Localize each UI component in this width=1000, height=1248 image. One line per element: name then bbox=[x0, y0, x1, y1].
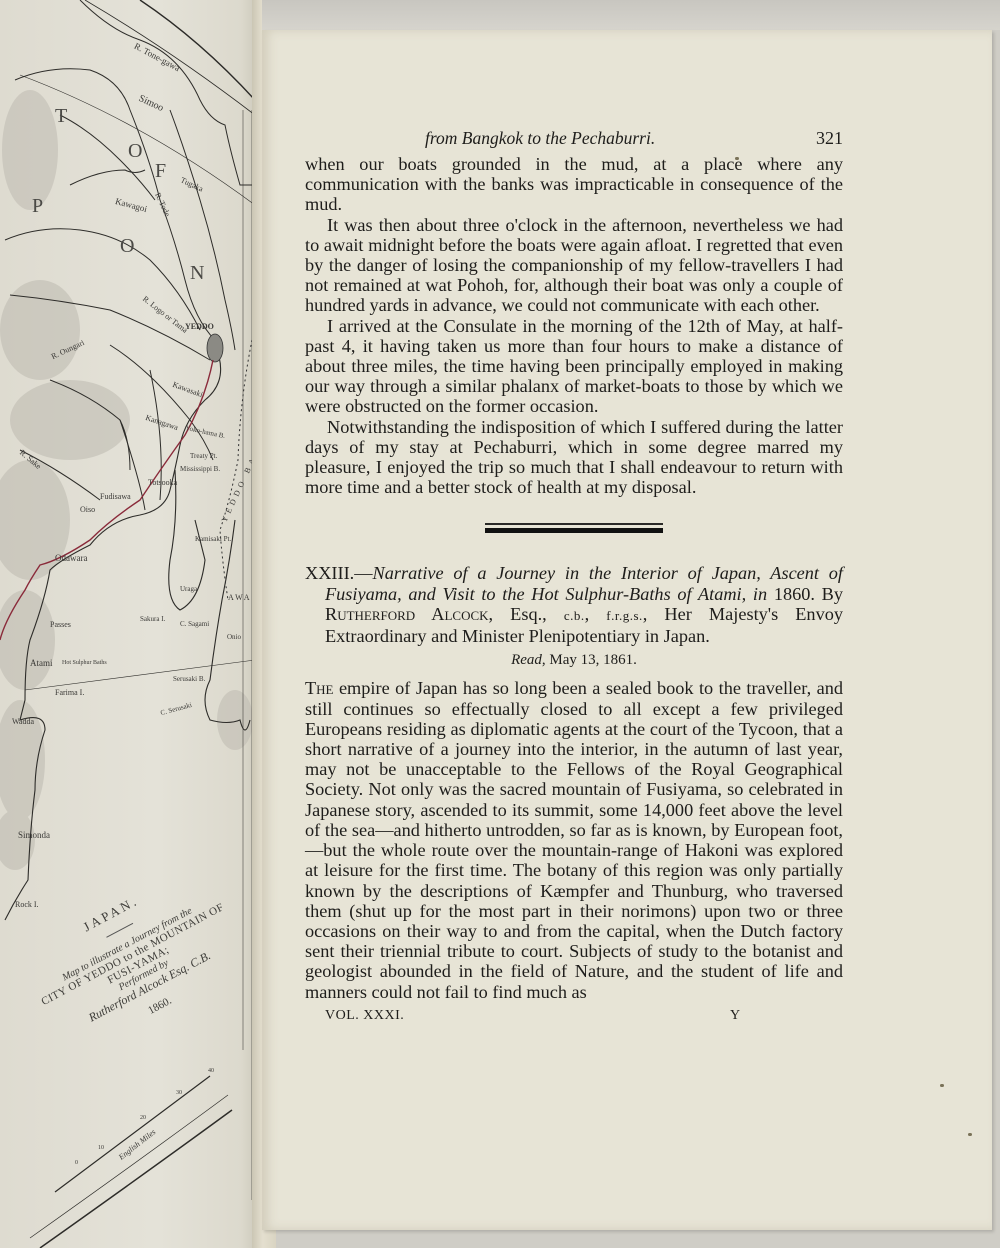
map-label-onio: Onio bbox=[227, 633, 241, 641]
page-content: from Bangkok to the Pechaburri. 321 when… bbox=[305, 124, 843, 1026]
read-date-value: , May 13, 1861. bbox=[542, 652, 637, 668]
map-label-farima: Farima I. bbox=[55, 688, 84, 697]
article-number: XXIII.— bbox=[305, 563, 373, 583]
province-letter: T bbox=[55, 105, 68, 128]
paragraph: It was then about three o'clock in the a… bbox=[305, 215, 843, 316]
article-heading: XXIII.—Narrative of a Journey in the Int… bbox=[305, 563, 843, 646]
scale-tick: 40 bbox=[208, 1068, 214, 1074]
scale-tick: 30 bbox=[176, 1090, 182, 1096]
map-label-oiso: Oiso bbox=[80, 505, 95, 514]
running-head: from Bangkok to the Pechaburri. 321 bbox=[305, 124, 843, 154]
paragraph: Notwithstanding the indisposition of whi… bbox=[305, 417, 843, 498]
map-label-mississippi: Mississippi B. bbox=[180, 465, 220, 473]
map-title-rule bbox=[106, 923, 133, 938]
author-esq: , Esq., bbox=[489, 604, 564, 624]
paragraph: I arrived at the Consulate in the mornin… bbox=[305, 316, 843, 417]
read-label: Read bbox=[511, 652, 542, 668]
map-label-kamisaki: Kamisaki Pt. bbox=[195, 535, 231, 543]
background-surface bbox=[262, 0, 1000, 30]
province-letter: N bbox=[190, 262, 205, 285]
map-label-totsooka: Totsooka bbox=[148, 478, 177, 487]
page-footer: VOL. XXXI. Y bbox=[305, 1004, 843, 1026]
map-label-hot-sulphur: Hot Sulphur Baths bbox=[62, 660, 107, 666]
map-label-treaty-pt: Treaty Pt. bbox=[190, 452, 217, 460]
yeddo-city-marker bbox=[207, 334, 223, 362]
map-label-passes: Passes bbox=[50, 620, 71, 629]
body-text: empire of Japan has so long been a seale… bbox=[305, 678, 843, 1001]
map-drawing bbox=[0, 0, 262, 1248]
article-year: 1860. By bbox=[767, 584, 843, 604]
signature-mark: Y bbox=[730, 1006, 741, 1026]
map-label-rock-i: Rock I. bbox=[15, 900, 39, 909]
author-cb: c.b. bbox=[564, 608, 585, 623]
read-date: Read, May 13, 1861. bbox=[305, 650, 843, 670]
scale-tick: 10 bbox=[98, 1145, 104, 1151]
article-title: Narrative of a Journey in the Interior o… bbox=[325, 563, 843, 603]
divider-thin-rule bbox=[485, 523, 663, 525]
author-frgs: f.r.g.s. bbox=[606, 608, 643, 623]
section-divider bbox=[485, 523, 663, 533]
paper-speck bbox=[968, 1133, 972, 1136]
map-label-yeddo: YEDDO bbox=[185, 322, 214, 331]
map-label-fudisawa: Fudisawa bbox=[100, 492, 131, 501]
body-first-word: The bbox=[305, 678, 334, 698]
map-label-simonda: Simonda bbox=[18, 830, 50, 840]
map-label-c-sagami: C. Sagami bbox=[180, 620, 209, 628]
province-letter: O bbox=[120, 235, 135, 258]
page-number: 321 bbox=[816, 128, 843, 148]
running-title: from Bangkok to the Pechaburri. bbox=[425, 128, 655, 148]
map-label-wadda: Wadda bbox=[12, 717, 34, 726]
paper-speck bbox=[940, 1084, 944, 1087]
province-letter: P bbox=[32, 195, 44, 218]
article-body: The empire of Japan has so long been a s… bbox=[305, 678, 843, 1001]
map-label-sakura: Sakura I. bbox=[140, 615, 165, 623]
map-label-odawara: Odawara bbox=[55, 553, 87, 563]
article-author: Rutherford Alcock bbox=[325, 604, 489, 624]
paragraph: when our boats grounded in the mud, at a… bbox=[305, 154, 843, 215]
map-label-awa: AWA bbox=[228, 593, 252, 602]
scale-tick: 20 bbox=[140, 1115, 146, 1121]
map-label-serusaki-b: Serusaki B. bbox=[173, 675, 205, 683]
map-label-atami: Atami bbox=[30, 658, 53, 668]
map-label-uraga: Uraga bbox=[180, 585, 197, 593]
province-letter: O bbox=[128, 140, 143, 163]
province-letter: F bbox=[155, 160, 167, 183]
volume-label: VOL. XXXI. bbox=[325, 1006, 404, 1026]
separator: , bbox=[585, 604, 607, 624]
map-page: T O F P O N R. Tone-gawa Simoo R. Tode K… bbox=[0, 0, 262, 1248]
scale-tick: 0 bbox=[75, 1160, 78, 1166]
divider-thick-rule bbox=[485, 528, 663, 533]
